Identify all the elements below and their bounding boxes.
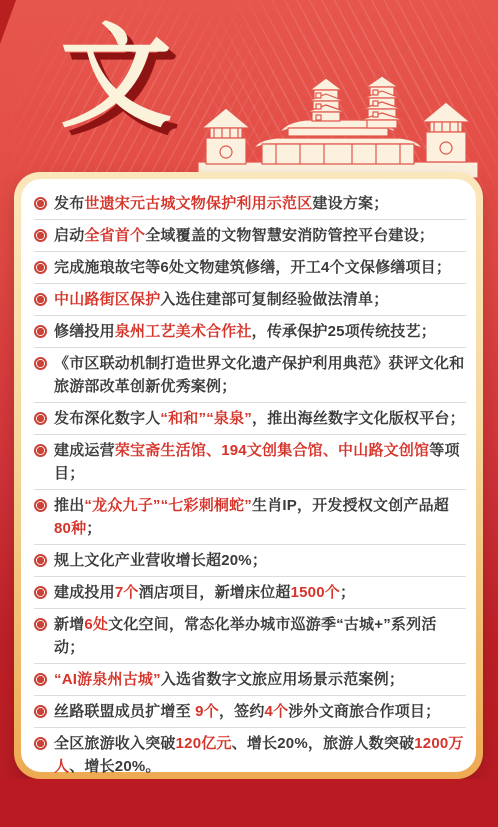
list-item: 全区旅游收入突破120亿元、增长20%，旅游人数突破1200万人、增长20%。: [34, 728, 466, 782]
list-item: “AI游泉州古城”入选省数字文旅应用场景示范案例；: [34, 664, 466, 696]
list-item: 建成运营荣宝斋生活馆、194文创集合馆、中山路文创馆等项目；: [34, 435, 466, 490]
list-item: 发布深化数字人“和和”“泉泉”，推出海丝数字文化版权平台；: [34, 403, 466, 435]
list-item-text: 全区旅游收入突破120亿元、增长20%，旅游人数突破1200万人、增长20%。: [54, 732, 466, 778]
list-item-text: “AI游泉州古城”入选省数字文旅应用场景示范案例；: [54, 668, 466, 691]
target-bullet-icon: [34, 618, 47, 631]
target-bullet-icon: [34, 737, 47, 750]
list-item-text: 启动全省首个全域覆盖的文物智慧安消防管控平台建设；: [54, 224, 466, 247]
list-item: 中山路街区保护入选住建部可复制经验做法清单；: [34, 284, 466, 316]
list-item-text: 发布深化数字人“和和”“泉泉”，推出海丝数字文化版权平台；: [54, 407, 466, 430]
list-item: 规上文化产业营收增长超20%；: [34, 545, 466, 577]
target-bullet-icon: [34, 554, 47, 567]
list-item: 启动全省首个全域覆盖的文物智慧安消防管控平台建设；: [34, 220, 466, 252]
target-bullet-icon: [34, 293, 47, 306]
list-item-text: 建成投用7个酒店项目，新增床位超1500个；: [54, 581, 466, 604]
target-bullet-icon: [34, 673, 47, 686]
list-item-text: 推出“龙众九子”“七彩刺桐蛇”生肖IP，开发授权文创产品超80种；: [54, 494, 466, 540]
target-bullet-icon: [34, 197, 47, 210]
headline-character: 文: [60, 22, 172, 134]
list-item-text: 建成运营荣宝斋生活馆、194文创集合馆、中山路文创馆等项目；: [54, 439, 466, 485]
achievement-list: 发布世遗宋元古城文物保护利用示范区建设方案；启动全省首个全域覆盖的文物智慧安消防…: [21, 179, 476, 772]
pagoda-skyline-icon: [196, 70, 480, 178]
list-item-text: 规上文化产业营收增长超20%；: [54, 549, 466, 572]
list-item: 完成施琅故宅等6处文物建筑修缮，开工4个文保修缮项目；: [34, 252, 466, 284]
list-item-text: 《市区联动机制打造世界文化遗产保护利用典范》获评文化和旅游部改革创新优秀案例；: [54, 352, 466, 398]
list-item: 发布世遗宋元古城文物保护利用示范区建设方案；: [34, 188, 466, 220]
list-item-text: 发布世遗宋元古城文物保护利用示范区建设方案；: [54, 192, 466, 215]
bottom-band: [0, 779, 498, 827]
list-item-text: 新增6处文化空间，常态化举办城市巡游季“古城+”系列活动；: [54, 613, 466, 659]
list-item-text: 修缮投用泉州工艺美术合作社，传承保护25项传统技艺；: [54, 320, 466, 343]
target-bullet-icon: [34, 444, 47, 457]
list-item: 《市区联动机制打造世界文化遗产保护利用典范》获评文化和旅游部改革创新优秀案例；: [34, 348, 466, 403]
list-item: 修缮投用泉州工艺美术合作社，传承保护25项传统技艺；: [34, 316, 466, 348]
target-bullet-icon: [34, 705, 47, 718]
list-item: 推出“龙众九子”“七彩刺桐蛇”生肖IP，开发授权文创产品超80种；: [34, 490, 466, 545]
target-bullet-icon: [34, 357, 47, 370]
achievement-card: 发布世遗宋元古城文物保护利用示范区建设方案；启动全省首个全域覆盖的文物智慧安消防…: [14, 172, 483, 779]
target-bullet-icon: [34, 412, 47, 425]
target-bullet-icon: [34, 499, 47, 512]
list-item: 建成投用7个酒店项目，新增床位超1500个；: [34, 577, 466, 609]
corner-decoration: [0, 0, 16, 44]
target-bullet-icon: [34, 586, 47, 599]
target-bullet-icon: [34, 229, 47, 242]
list-item-text: 完成施琅故宅等6处文物建筑修缮，开工4个文保修缮项目；: [54, 256, 466, 279]
target-bullet-icon: [34, 325, 47, 338]
list-item: 新增6处文化空间，常态化举办城市巡游季“古城+”系列活动；: [34, 609, 466, 664]
list-item-text: 中山路街区保护入选住建部可复制经验做法清单；: [54, 288, 466, 311]
list-item: 丝路联盟成员扩增至 9个，签约4个涉外文商旅合作项目；: [34, 696, 466, 728]
list-item-text: 丝路联盟成员扩增至 9个，签约4个涉外文商旅合作项目；: [54, 700, 466, 723]
target-bullet-icon: [34, 261, 47, 274]
